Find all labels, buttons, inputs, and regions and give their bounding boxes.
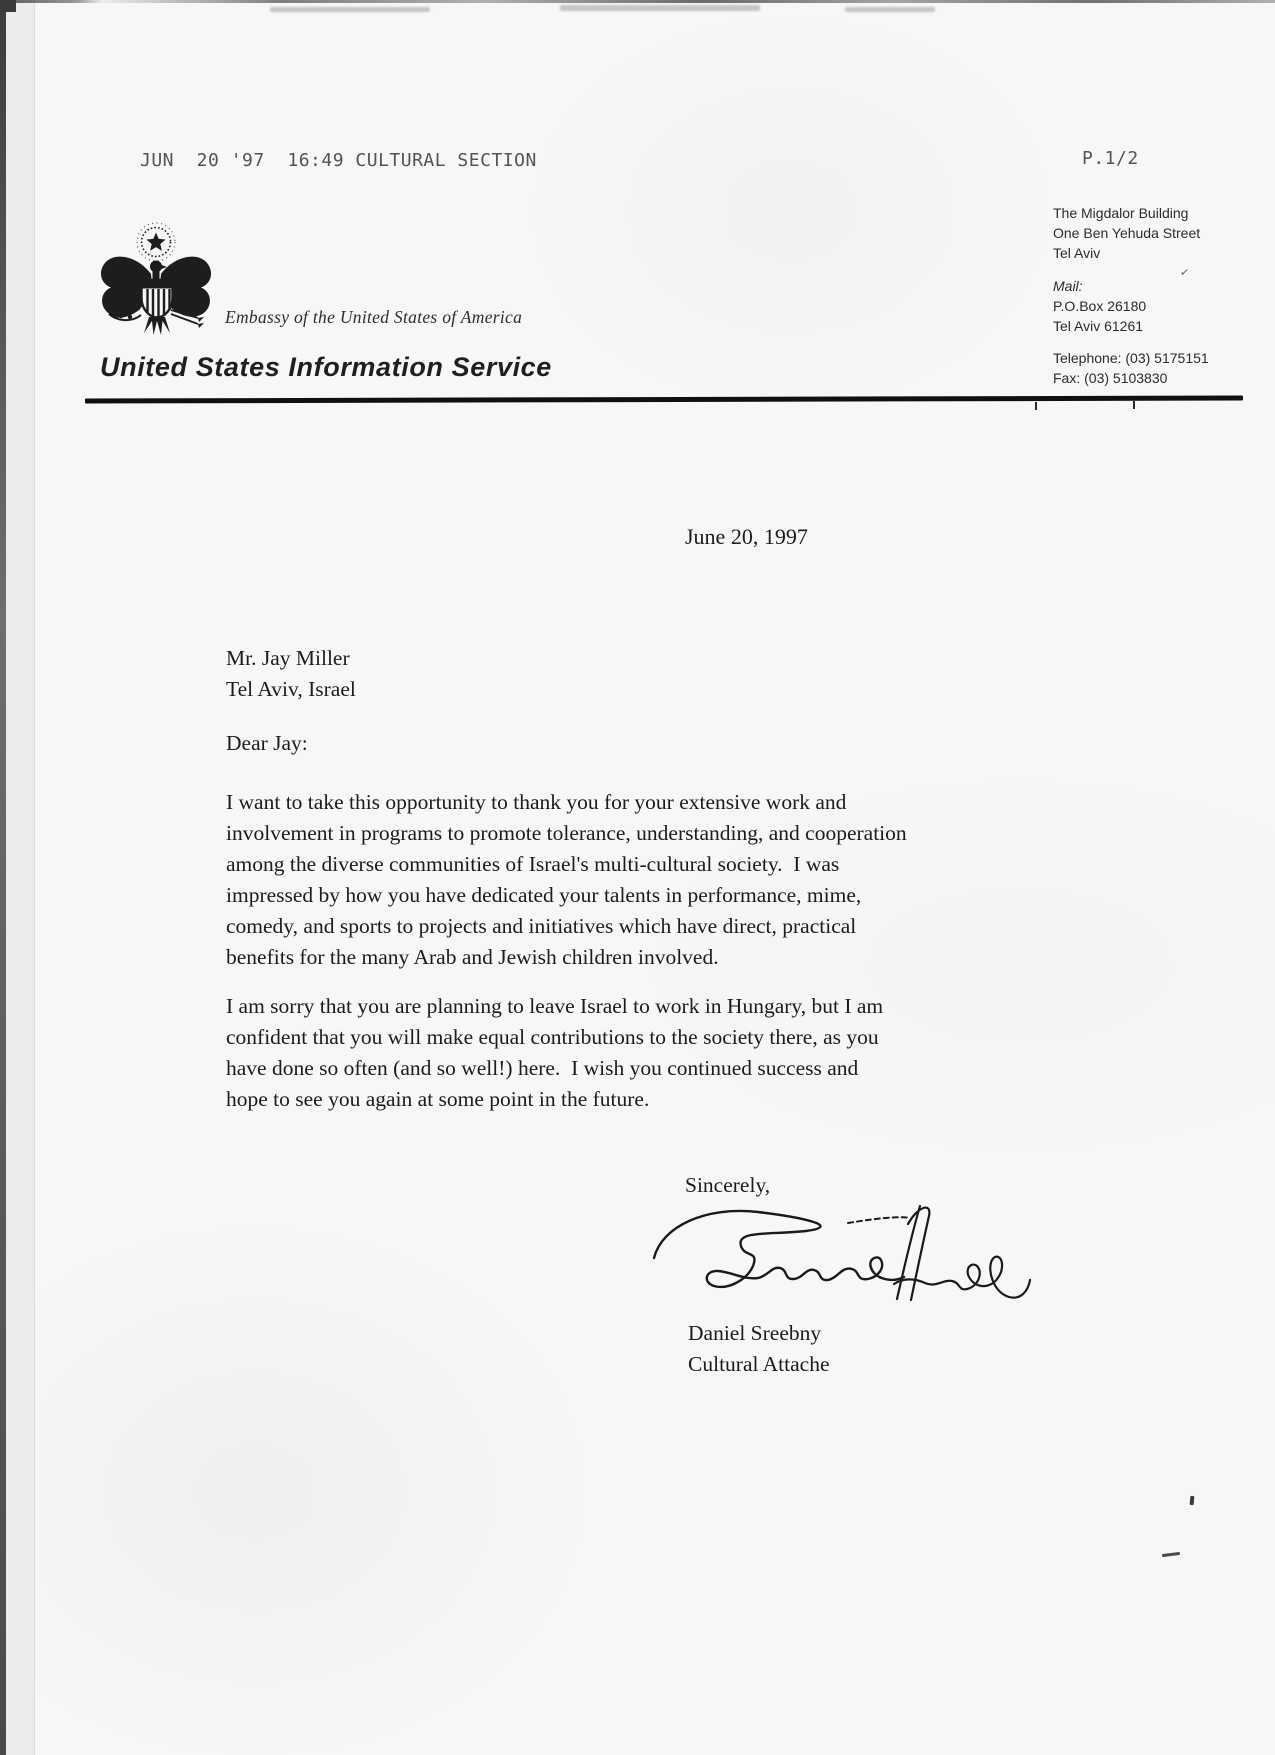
letterhead-mail-address: P.O.Box 26180 Tel Aviv 61261	[1053, 296, 1146, 336]
letterhead-contact: Telephone: (03) 5175151 Fax: (03) 510383…	[1053, 348, 1209, 388]
great-seal-eagle-icon	[95, 220, 215, 355]
pen-check-artifact: ✓	[1179, 265, 1190, 279]
signer-title: Cultural Attache	[688, 1349, 830, 1380]
scanned-fax-letter: { "fax_header": { "timestamp_line": "JUN…	[0, 0, 1275, 1755]
scan-smudge	[845, 7, 935, 12]
embassy-line: Embassy of the United States of America	[225, 307, 522, 328]
scan-margin-band	[6, 0, 34, 1755]
rule-tick-mark	[1133, 401, 1135, 409]
scan-edge-top	[0, 0, 1275, 3]
recipient-block: Mr. Jay Miller Tel Aviv, Israel	[226, 643, 356, 705]
letterhead-rule	[85, 395, 1243, 403]
letter-date: June 20, 1997	[685, 521, 808, 552]
scan-fold-line	[34, 0, 35, 1755]
fax-page-number: P.1/2	[1082, 148, 1139, 169]
agency-name: United States Information Service	[100, 352, 552, 383]
scan-smudge	[560, 5, 760, 11]
scan-corner-mark	[0, 0, 16, 12]
letterhead-location: The Migdalor Building One Ben Yehuda Str…	[1053, 203, 1200, 263]
body-paragraph-2: I am sorry that you are planning to leav…	[226, 991, 1126, 1115]
scan-speck	[1162, 1552, 1180, 1557]
scan-speck	[1190, 1496, 1195, 1505]
mail-label: Mail:	[1053, 276, 1083, 296]
rule-tick-mark	[1035, 402, 1037, 410]
handwritten-signature	[648, 1196, 1033, 1314]
fax-timestamp: JUN 20 '97 16:49 CULTURAL SECTION	[140, 150, 537, 171]
scan-smudge	[270, 7, 430, 12]
salutation: Dear Jay:	[226, 728, 308, 759]
signer-name: Daniel Sreebny	[688, 1318, 821, 1349]
body-paragraph-1: I want to take this opportunity to thank…	[226, 787, 1126, 973]
